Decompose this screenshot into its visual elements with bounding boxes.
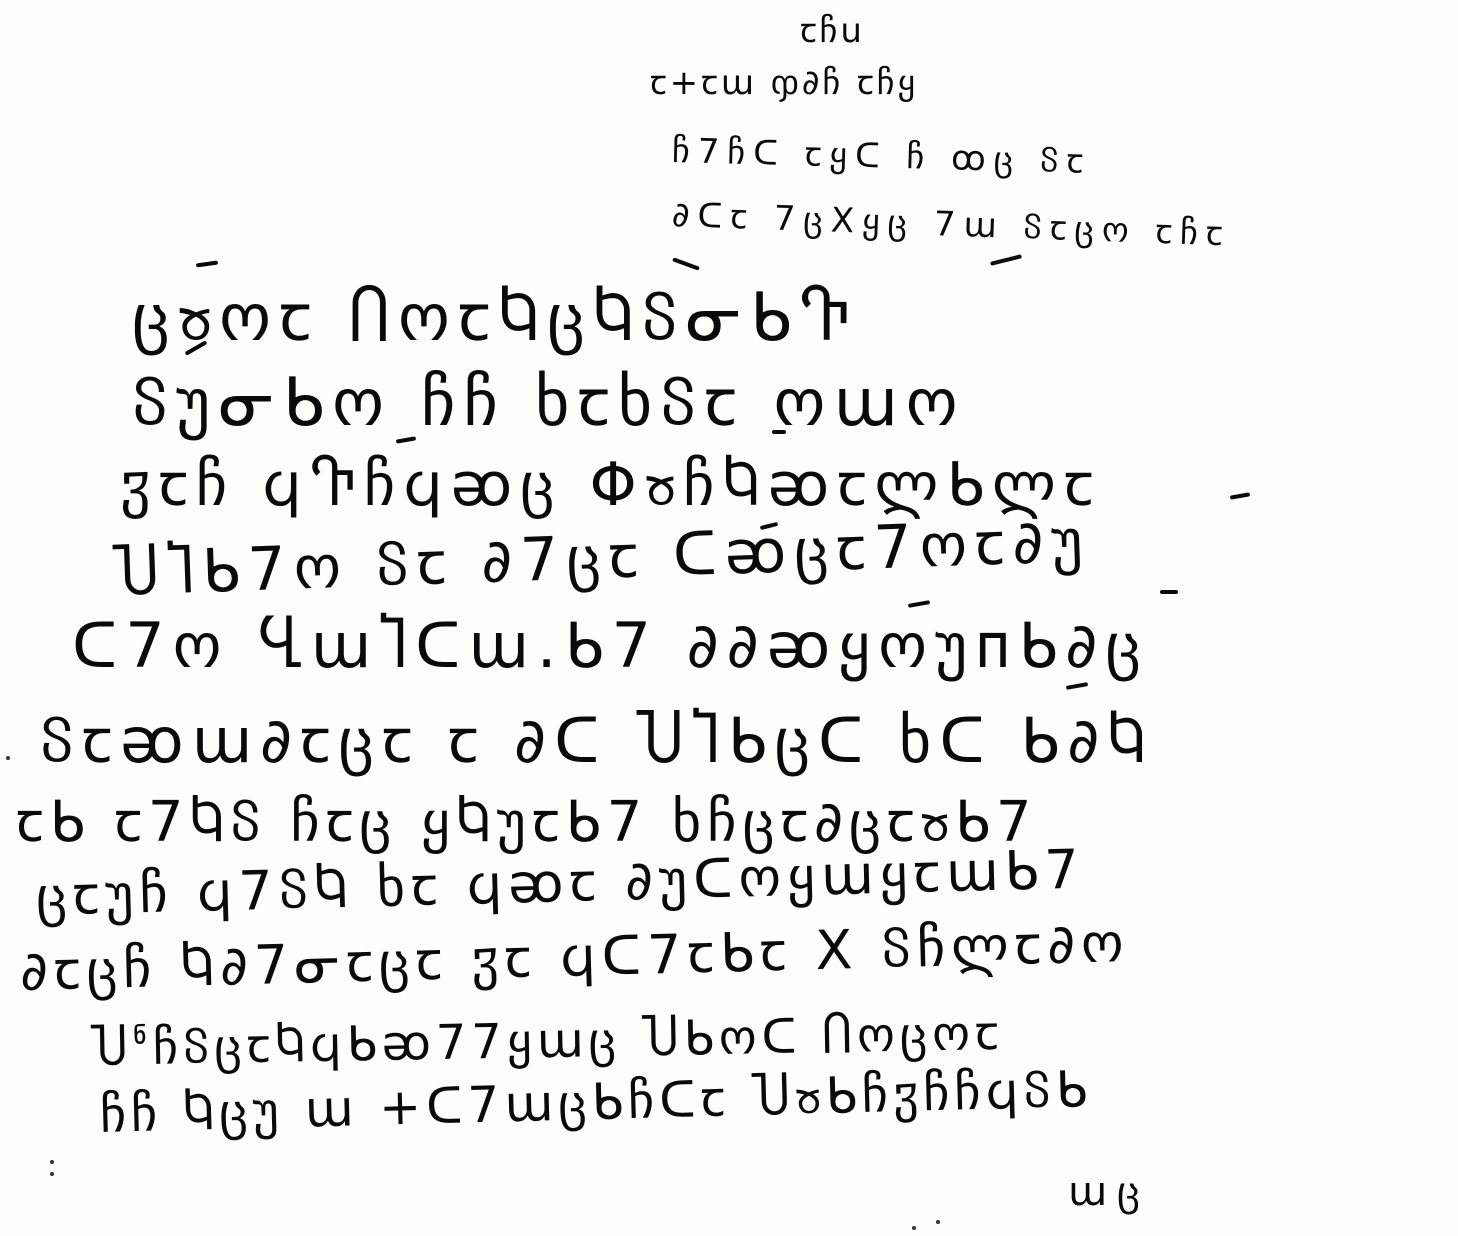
header-line-1: ꞇჩu xyxy=(800,14,865,48)
overline-mark xyxy=(908,600,930,608)
underline-mark xyxy=(1160,590,1178,594)
body-line-9: ∂ꞇცჩ Ⴉ∂7ᓂꞇცꞇ ჳꞇ ϥᑕ7ꞇᑲꞇ X ჽჩლꞇ∂ო xyxy=(19,916,1130,999)
margin-speck xyxy=(50,1160,54,1164)
header-line-2: ꞇ+ꞇɯ ჶ∂ჩ ꞇჩყ xyxy=(650,66,918,100)
margin-speck xyxy=(50,1172,54,1176)
header-line-4: ∂ᑕꞇ 7ცXყც 7ɯ ჽꞇცო ꞇჩꞇ xyxy=(671,198,1231,251)
body-line-10: ႮჼჩჽცꞇႩϥᑲᴔ77ყɯც Ⴎᑲოᑕ Ⴖოცოꞇ xyxy=(90,1009,1004,1073)
body-line-3: ჳꞇჩ ϥႥჩϥᴔც ΦჾჩႩᴔꞇლᑲლꞇ xyxy=(120,455,1101,515)
margin-speck xyxy=(912,1226,916,1230)
underline-mark xyxy=(772,430,786,434)
body-line-11: ჩჩ Ⴉცუ ɯ +ᑕ7ɯცᑲჩᑕꞇ Ⴎჾᑲჩჳჩჩϥჽᑲ xyxy=(99,1064,1092,1140)
underline-mark xyxy=(990,254,1022,266)
body-line-6: ჽꞇᴔɯ∂ꞇცꞇ ꞇ ∂ᑕ ႮႨᑲცᑕ ხᑕ ᑲ∂Ⴉ xyxy=(40,710,1154,772)
underline-mark xyxy=(1230,492,1250,499)
margin-speck xyxy=(936,1220,940,1224)
body-line-5: ᑕ7ო ႡɯႨᑕɯ.ᑲ7 ∂∂ᴔყოუᴨᑲ∂ც xyxy=(72,615,1149,677)
margin-speck xyxy=(6,756,10,760)
body-line-2: ჽუᓂᑲო ჩჩ ხꞇხჽꞇ ოɯო xyxy=(132,370,966,436)
underline-mark xyxy=(1066,682,1088,690)
manuscript-page: ꞇჩu ꞇ+ꞇɯ ჶ∂ჩ ꞇჩყ ჩ7ჩᑕ ꞇყᑕ ჩ ꝏც ჽꞇ ∂ᑕꞇ 7ც… xyxy=(0,0,1458,1236)
underline-mark xyxy=(672,257,700,270)
body-line-4: ႮႨᑲ7ო ჽꞇ ∂7ცꞇ ᑕᴔცꞇ7ოꞇ∂უ xyxy=(111,511,1092,605)
body-line-1: ცჾოꞇ ႶოꞇႩცႩჽᓂᑲႥ xyxy=(132,285,858,351)
overline-mark xyxy=(196,260,218,267)
header-line-3: ჩ7ჩᑕ ꞇყᑕ ჩ ꝏც ჽꞇ xyxy=(672,134,1092,179)
footer-catchword: ɯც xyxy=(1068,1172,1150,1212)
